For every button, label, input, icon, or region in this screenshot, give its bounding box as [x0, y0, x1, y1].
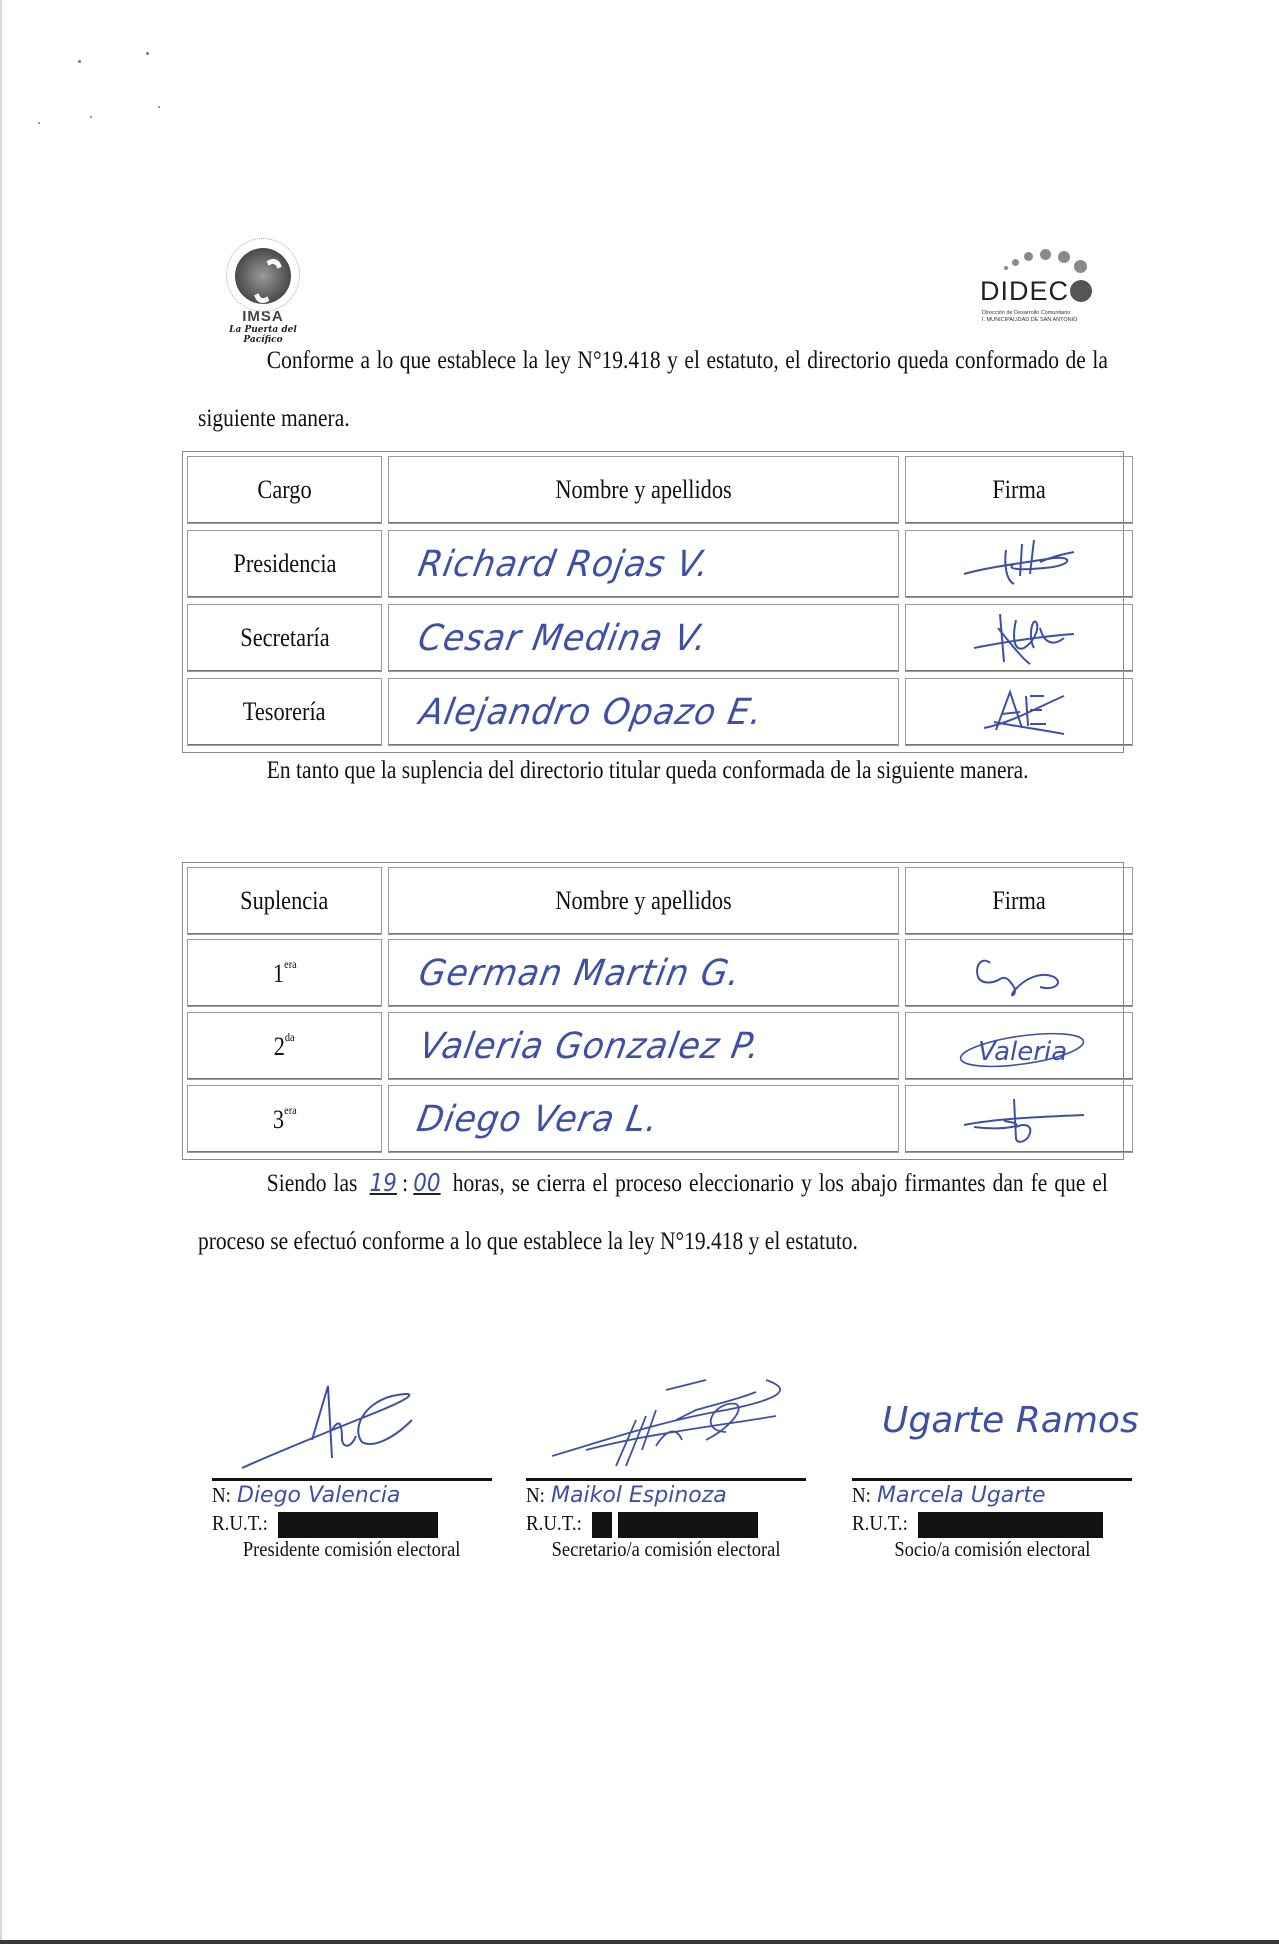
table-row: Presidencia Richard Rojas V.	[187, 530, 1119, 598]
signature-area	[526, 1370, 816, 1478]
signatory-name: Diego Valencia	[237, 1483, 400, 1508]
imsa-emblem-icon	[235, 248, 291, 304]
signatory-role: Secretario/a comisión electoral	[526, 1537, 806, 1562]
table-row: Secretaría Cesar Medina V.	[187, 604, 1119, 672]
signature-icon	[944, 682, 1094, 742]
header-firma: Firma	[905, 867, 1133, 935]
header-nombre: Nombre y apellidos	[388, 456, 899, 524]
table-row: Tesorería Alejandro Opazo E.	[187, 678, 1119, 746]
suplencia-order-cell: 2da	[187, 1012, 382, 1080]
closing-hour: 19	[364, 1168, 402, 1197]
firma-cell	[905, 530, 1133, 598]
dideco-subtitle: Dirección de Desarrollo Comunitario I. M…	[982, 310, 1077, 324]
signature-icon	[944, 534, 1094, 594]
nombre-cell: Diego Vera L.	[388, 1085, 899, 1153]
cargo-cell: Secretaría	[187, 604, 382, 672]
document-page: IMSA La Puerta del Pacífico DIDEC Direcc…	[0, 0, 1279, 1944]
scan-left-edge	[0, 0, 2, 1944]
dideco-line2: I. MUNICIPALIDAD DE SAN ANTONIO	[982, 317, 1077, 324]
signature-icon	[944, 1089, 1094, 1149]
redacted-rut	[592, 1512, 612, 1538]
nombre-cell: Cesar Medina V.	[388, 604, 899, 672]
header-cargo: Cargo	[187, 456, 382, 524]
header-nombre: Nombre y apellidos	[388, 867, 899, 935]
signature-icon	[232, 1370, 452, 1478]
signatory-socio: Ugarte Ramos N:Marcela Ugarte R.U.T.: So…	[852, 1370, 1142, 1562]
suplencia-text: En tanto que la suplencia del directorio…	[267, 757, 1029, 784]
signatory-name: Maikol Espinoza	[551, 1483, 727, 1508]
closing-prefix: Siendo las	[267, 1170, 358, 1197]
table-row: 1era German Martin G.	[187, 939, 1119, 1007]
firma-cell	[905, 678, 1133, 746]
handwritten-signature: Ugarte Ramos	[882, 1400, 1139, 1441]
rut-line: R.U.T.:	[526, 1509, 816, 1537]
scan-speck	[158, 106, 160, 108]
cargo-cell: Tesorería	[187, 678, 382, 746]
directorio-table: Cargo Nombre y apellidos Firma Presidenc…	[182, 451, 1124, 753]
name-line: N:Marcela Ugarte	[852, 1481, 1142, 1509]
scan-speck	[38, 122, 40, 124]
signature-icon	[944, 608, 1094, 668]
closing-minutes: 00	[408, 1168, 446, 1197]
header-firma: Firma	[905, 456, 1133, 524]
signatory-role: Presidente comisión electoral	[212, 1537, 492, 1562]
signatory-secretario: N:Maikol Espinoza R.U.T.: Secretario/a c…	[526, 1370, 816, 1562]
signature-area	[212, 1370, 502, 1478]
rut-line: R.U.T.:	[212, 1509, 502, 1537]
signature-icon	[546, 1370, 806, 1478]
dideco-logo: DIDEC Dirección de Desarrollo Comunitari…	[978, 242, 1104, 332]
table-header-row: Suplencia Nombre y apellidos Firma	[187, 867, 1119, 935]
redacted-rut	[618, 1512, 758, 1538]
firma-cell	[905, 1085, 1133, 1153]
name-line: N:Maikol Espinoza	[526, 1481, 816, 1509]
nombre-cell: Richard Rojas V.	[388, 530, 899, 598]
cargo-cell: Presidencia	[187, 530, 382, 598]
table-header-row: Cargo Nombre y apellidos Firma	[187, 456, 1119, 524]
suplencia-table: Suplencia Nombre y apellidos Firma 1era …	[182, 862, 1124, 1160]
closing-paragraph: Siendo las 19:00 horas, se cierra el pro…	[198, 1154, 1108, 1271]
nombre-cell: Valeria Gonzalez P.	[388, 1012, 899, 1080]
signature-icon	[944, 943, 1094, 1003]
name-line: N:Diego Valencia	[212, 1481, 502, 1509]
firma-cell	[905, 939, 1133, 1007]
scan-bottom-edge	[0, 1940, 1279, 1944]
scan-speck	[146, 52, 149, 55]
svg-text:Valeria: Valeria	[978, 1037, 1067, 1067]
nombre-cell: Alejandro Opazo E.	[388, 678, 899, 746]
signatory-presidente: N:Diego Valencia R.U.T.: Presidente comi…	[212, 1370, 502, 1562]
firma-cell: Valeria	[905, 1012, 1133, 1080]
suplencia-order-cell: 3era	[187, 1085, 382, 1153]
signature-icon: Valeria	[944, 1016, 1094, 1076]
scan-speck	[90, 116, 92, 118]
dideco-line1: Dirección de Desarrollo Comunitario	[982, 310, 1077, 317]
scan-speck	[78, 60, 81, 63]
imsa-logo: IMSA La Puerta del Pacífico	[208, 236, 318, 342]
signature-area: Ugarte Ramos	[852, 1370, 1142, 1478]
intro-paragraph: Conforme a lo que establece la ley N°19.…	[198, 332, 1108, 448]
signatory-role: Socio/a comisión electoral	[852, 1537, 1132, 1562]
table-row: 2da Valeria Gonzalez P. Valeria	[187, 1012, 1119, 1080]
header-suplencia: Suplencia	[187, 867, 382, 935]
rut-line: R.U.T.:	[852, 1509, 1142, 1537]
suplencia-order-cell: 1era	[187, 939, 382, 1007]
dideco-globe-icon	[1070, 280, 1092, 302]
signatory-name: Marcela Ugarte	[877, 1483, 1045, 1508]
intro-text: Conforme a lo que establece la ley N°19.…	[198, 347, 1108, 432]
dideco-dots-icon	[1000, 246, 1090, 276]
firma-cell	[905, 604, 1133, 672]
redacted-rut	[278, 1512, 438, 1538]
redacted-rut	[918, 1512, 1103, 1538]
dideco-wordmark: DIDEC	[980, 276, 1092, 307]
suplencia-paragraph: En tanto que la suplencia del directorio…	[198, 742, 1108, 800]
nombre-cell: German Martin G.	[388, 939, 899, 1007]
table-row: 3era Diego Vera L.	[187, 1085, 1119, 1153]
